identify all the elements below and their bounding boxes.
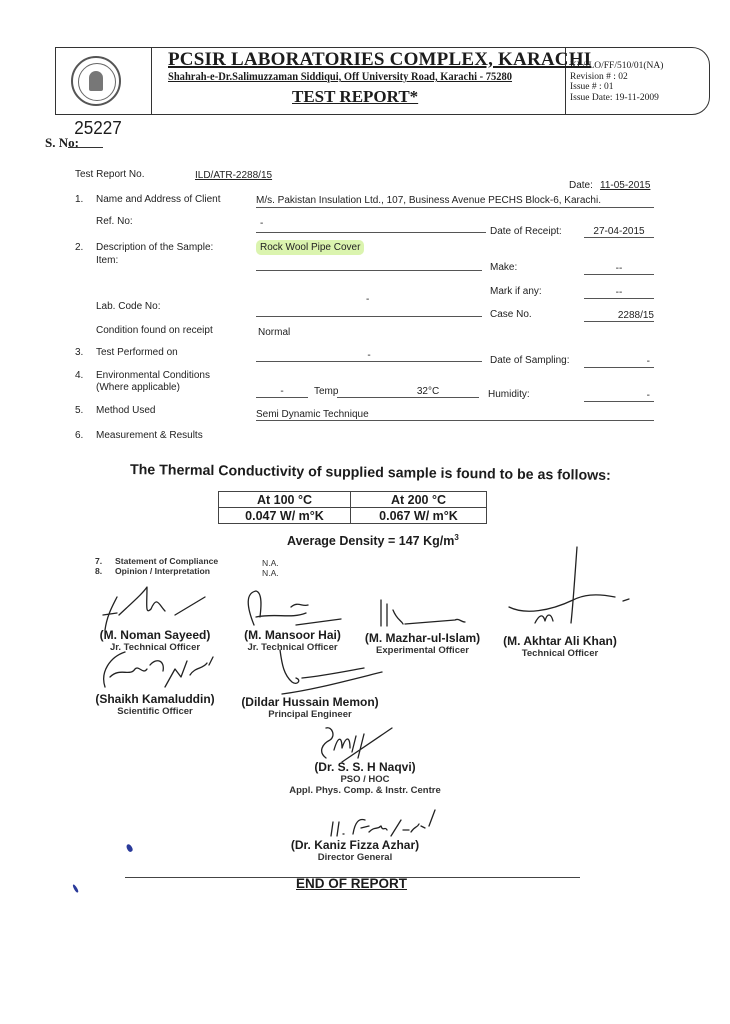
- signature-mansoor-icon: [236, 585, 346, 630]
- signatory-name: (Shaikh Kamaluddin): [80, 692, 230, 706]
- report-date: 11-05-2015: [600, 180, 650, 191]
- signatory: (M. Mansoor Hai) Jr. Technical Officer: [230, 628, 355, 653]
- lab-code-label: Lab. Code No:: [96, 301, 161, 312]
- test-performed-value: -: [256, 350, 482, 362]
- ink-mark-icon: [125, 843, 133, 852]
- signatory-role: PSO / HOC: [280, 774, 450, 785]
- make-value: --: [584, 263, 654, 275]
- average-density: Average Density = 147 Kg/m3: [287, 533, 459, 548]
- signatory: (M. Mazhar-ul-Islam) Experimental Office…: [360, 631, 485, 656]
- signature-mazhar-icon: [375, 590, 475, 630]
- signatory-name: (Dr. Kaniz Fizza Azhar): [270, 838, 440, 852]
- logo-cell: [56, 48, 152, 114]
- environment-sublabel: (Where applicable): [96, 382, 180, 393]
- document-title: TEST REPORT*: [292, 87, 418, 107]
- item-number: 4.: [75, 370, 83, 381]
- serial-number: 25227: [74, 118, 122, 139]
- signatory: (Dildar Hussain Memon) Principal Enginee…: [235, 695, 385, 720]
- opinion-label: Opinion / Interpretation: [115, 566, 210, 576]
- item-number: 5.: [75, 405, 83, 416]
- item-number: 3.: [75, 347, 83, 358]
- item-number: 8.: [95, 566, 102, 576]
- method-label: Method Used: [96, 405, 155, 416]
- date-label: Date:: [569, 180, 593, 191]
- signatory-role: Scientific Officer: [80, 706, 230, 717]
- serial-underline: [68, 147, 103, 148]
- signatory-role: Director General: [270, 852, 440, 863]
- case-no-label: Case No.: [490, 309, 532, 320]
- signatory-role: Technical Officer: [495, 648, 625, 659]
- signatory: (Dr. S. S. H Naqvi) PSO / HOC Appl. Phys…: [280, 760, 450, 796]
- signatory-role: Jr. Technical Officer: [80, 642, 230, 653]
- test-performed-label: Test Performed on: [96, 347, 178, 358]
- table-cell: 0.067 W/ m°K: [351, 508, 487, 524]
- ref-no-label: Ref. No:: [96, 216, 133, 227]
- signatory-name: (M. Akhtar Ali Khan): [495, 634, 625, 648]
- item-number: 7.: [95, 556, 102, 566]
- mark-label: Mark if any:: [490, 286, 542, 297]
- signatory-name: (Dildar Hussain Memon): [235, 695, 385, 709]
- date-of-sampling-value: -: [584, 356, 654, 368]
- sample-underline: [256, 270, 482, 271]
- signature-fizza-icon: [325, 806, 445, 842]
- signature-akhtar-icon: [505, 545, 635, 625]
- signatory-department: Appl. Phys. Comp. & Instr. Centre: [280, 785, 450, 796]
- signature-naqvi-icon: [312, 722, 412, 762]
- sample-highlight: Rock Wool Pipe Cover: [256, 240, 364, 255]
- date-of-receipt-label: Date of Receipt:: [490, 226, 562, 237]
- compliance-value: N.A.: [262, 558, 279, 568]
- table-cell: 0.047 W/ m°K: [219, 508, 351, 524]
- table-header-cell: At 100 °C: [219, 492, 351, 508]
- sample-label: Description of the Sample:: [96, 242, 213, 253]
- item-number: 1.: [75, 194, 83, 205]
- client-value: M/s. Pakistan Insulation Ltd., 107, Busi…: [256, 195, 654, 208]
- pcsir-seal-icon: [71, 56, 121, 106]
- humidity-value: -: [584, 390, 654, 402]
- organization-address: Shahrah-e-Dr.Salimuzzaman Siddiqui, Off …: [168, 71, 512, 83]
- revision: Revision # : 02: [570, 72, 663, 83]
- test-report-no: ILD/ATR-2288/15: [195, 170, 272, 181]
- lab-code-underline: [256, 316, 482, 317]
- table-row: 0.047 W/ m°K 0.067 W/ m°K: [219, 508, 487, 524]
- date-of-sampling-label: Date of Sampling:: [490, 355, 570, 366]
- date-of-receipt-value: 27-04-2015: [584, 226, 654, 238]
- measurement-label: Measurement & Results: [96, 430, 203, 441]
- opinion-value: N.A.: [262, 568, 279, 578]
- condition-label: Condition found on receipt: [96, 325, 213, 336]
- results-table: At 100 °C At 200 °C 0.047 W/ m°K 0.067 W…: [218, 491, 487, 524]
- sample-value: Rock Wool Pipe Cover: [256, 242, 364, 253]
- results-heading: The Thermal Conductivity of supplied sam…: [130, 462, 611, 484]
- test-report-no-label: Test Report No.: [75, 169, 144, 180]
- organization-title: PCSIR LABORATORIES COMPLEX, KARACHI: [168, 49, 591, 71]
- item-number: 6.: [75, 430, 83, 441]
- humidity-label: Humidity:: [488, 389, 530, 400]
- make-label: Make:: [490, 262, 517, 273]
- table-header-row: At 100 °C At 200 °C: [219, 492, 487, 508]
- condition-value: Normal: [258, 327, 290, 338]
- item-label: Item:: [96, 255, 118, 266]
- issue-date: Issue Date: 19-11-2009: [570, 93, 663, 104]
- density-text: Average Density = 147 Kg/m: [287, 534, 454, 548]
- signatory: (M. Akhtar Ali Khan) Technical Officer: [495, 634, 625, 659]
- case-no-value: 2288/15: [584, 310, 654, 322]
- signatory: (Shaikh Kamaluddin) Scientific Officer: [80, 692, 230, 717]
- environment-value: -: [256, 386, 308, 398]
- compliance-label: Statement of Compliance: [115, 556, 218, 566]
- signatory-name: (M. Noman Sayeed): [80, 628, 230, 642]
- client-label: Name and Address of Client: [96, 194, 221, 205]
- signatory-role: Principal Engineer: [235, 709, 385, 720]
- lab-code-value: -: [366, 294, 369, 305]
- signatory-name: (M. Mansoor Hai): [230, 628, 355, 642]
- issue: Issue # : 01: [570, 82, 663, 93]
- signatory-role: Jr. Technical Officer: [230, 642, 355, 653]
- form-code: KL/ILO/FF/510/01(NA): [570, 61, 663, 72]
- table-header-cell: At 200 °C: [351, 492, 487, 508]
- signatory: (Dr. Kaniz Fizza Azhar) Director General: [270, 838, 440, 863]
- end-of-report: END OF REPORT: [296, 876, 407, 891]
- item-number: 2.: [75, 242, 83, 253]
- mark-value: --: [584, 287, 654, 299]
- temp-value: 32°C: [337, 386, 479, 398]
- signatory-name: (Dr. S. S. H Naqvi): [280, 760, 450, 774]
- density-exponent: 3: [454, 533, 458, 542]
- signatory: (M. Noman Sayeed) Jr. Technical Officer: [80, 628, 230, 653]
- environment-label: Environmental Conditions: [96, 370, 210, 381]
- ref-no-value: -: [256, 218, 486, 233]
- signature-kamaluddin-icon: [95, 647, 225, 692]
- signatory-role: Experimental Officer: [360, 645, 485, 656]
- form-meta: KL/ILO/FF/510/01(NA) Revision # : 02 Iss…: [570, 61, 663, 103]
- temp-label: Temp: [314, 386, 338, 397]
- method-value: Semi Dynamic Technique: [256, 409, 654, 421]
- signature-dildar-icon: [272, 650, 392, 695]
- ink-mark-icon: [72, 884, 79, 893]
- signatory-name: (M. Mazhar-ul-Islam): [360, 631, 485, 645]
